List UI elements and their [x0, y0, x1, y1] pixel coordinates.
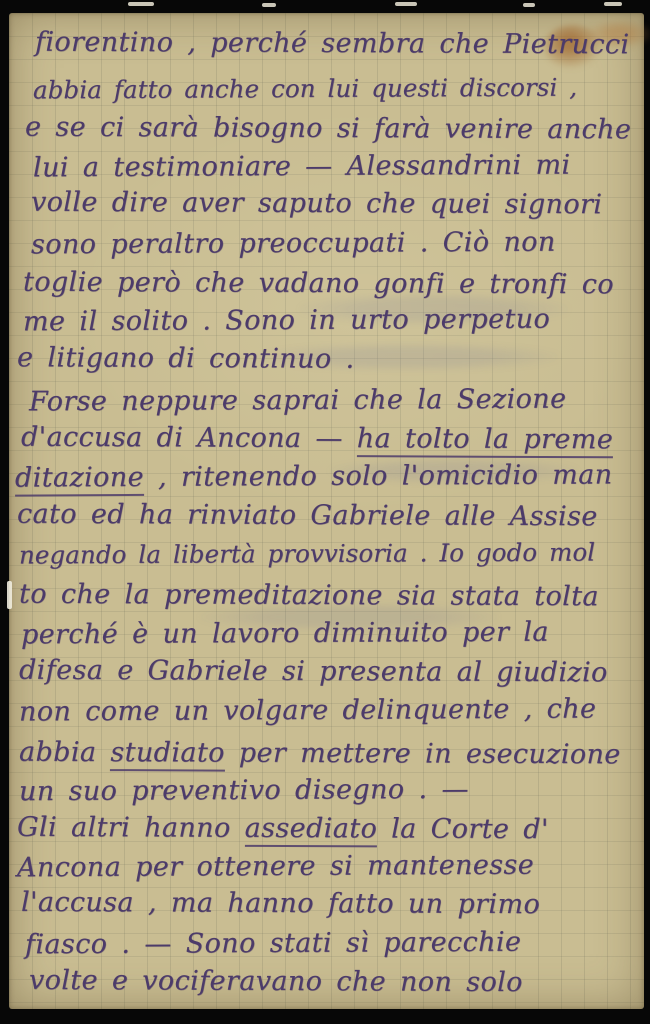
scan-artifact	[604, 2, 622, 6]
manuscript-line: difesa e Gabriele si presenta al giudizi…	[19, 654, 608, 691]
paper-edge-mark	[7, 581, 12, 609]
manuscript-line: to che la premeditazione sia stata tolta	[19, 578, 599, 615]
line-text: difesa e Gabriele si presenta al giudizi…	[19, 655, 608, 689]
manuscript-line: me il solito . Sono in urto perpetuo	[23, 303, 550, 340]
scan-artifact	[262, 3, 276, 7]
manuscript-line: fiorentino , perché sembra che Pietrucci	[35, 26, 630, 63]
line-text: sono peraltro preoccupati . Ciò non	[31, 227, 556, 261]
manuscript-line: perché è un lavoro diminuito per la	[21, 616, 549, 653]
line-text: , ritenendo solo l'omicidio man	[144, 459, 613, 492]
manuscript-line: e litigano di continuo .	[17, 341, 355, 376]
scan-artifact	[395, 2, 417, 6]
line-text: abbia	[19, 737, 111, 768]
line-text: Forse neppure saprai che la Sezione	[29, 384, 567, 418]
line-text: Gli altri hanno	[17, 812, 245, 844]
line-text: fiorentino , perché sembra che Pietrucci	[35, 27, 630, 61]
scan-artifact	[523, 3, 535, 7]
line-text: negando la libertà provvisoria . Io godo…	[19, 537, 595, 569]
manuscript-line: lui a testimoniare — Alessandrini mi	[33, 149, 571, 186]
line-text: lui a testimoniare — Alessandrini mi	[33, 150, 571, 184]
manuscript-line: sono peraltro preoccupati . Ciò non	[31, 226, 556, 263]
manuscript-line: abbia studiato per mettere in esecuzione	[19, 736, 621, 773]
manuscript-line: abbia fatto anche con lui questi discors…	[33, 71, 577, 108]
manuscript-line: cato ed ha rinviato Gabriele alle Assise	[17, 498, 598, 535]
line-text: e litigano di continuo .	[17, 342, 355, 374]
line-text: non come un volgare delinquente , che	[19, 693, 596, 727]
line-text: per mettere in esecuzione	[225, 738, 621, 771]
line-text: volle dire aver saputo che quei signori	[31, 187, 603, 220]
manuscript-line: Gli altri hanno assediato la Corte d'	[17, 811, 549, 847]
manuscript-line: d'accusa di Ancona — ha tolto la preme	[21, 421, 613, 458]
line-text: cato ed ha rinviato Gabriele alle Assise	[17, 499, 598, 533]
manuscript-line: e se ci sarà bisogno si farà venire anch…	[25, 111, 631, 148]
line-text-underlined: ha tolto la preme	[357, 423, 614, 458]
manuscript-line: toglie però che vadano gonfi e tronfi co	[23, 266, 614, 303]
line-text-underlined: studiato	[110, 737, 225, 771]
scanned-letter-page: { "surface": { "paper_color": "#c9bd92",…	[0, 0, 650, 1024]
manuscript-line: negando la libertà provvisoria . Io godo…	[19, 535, 595, 572]
line-text: volte e vociferavano che non solo	[29, 965, 523, 998]
line-text: l'accusa , ma hanno fatto un primo	[21, 887, 540, 920]
line-text: me il solito . Sono in urto perpetuo	[23, 304, 550, 338]
manuscript-line: volle dire aver saputo che quei signori	[31, 186, 603, 222]
line-text: d'accusa di Ancona —	[21, 422, 357, 454]
manuscript-line: Forse neppure saprai che la Sezione	[29, 383, 567, 420]
manuscript-line: Ancona per ottenere si mantenesse	[17, 849, 534, 886]
line-text-underlined: ditazione	[15, 462, 144, 497]
manuscript-line: l'accusa , ma hanno fatto un primo	[21, 886, 540, 922]
line-text: abbia fatto anche con lui questi discors…	[33, 73, 577, 105]
line-text: perché è un lavoro diminuito per la	[21, 617, 549, 651]
line-text-underlined: assediato	[245, 813, 378, 848]
line-text: la Corte d'	[377, 813, 549, 845]
line-text: toglie però che vadano gonfi e tronfi co	[23, 267, 614, 301]
manuscript-line: fiasco . — Sono stati sì parecchie	[25, 926, 521, 963]
line-text: Ancona per ottenere si mantenesse	[17, 850, 534, 884]
line-text: fiasco . — Sono stati sì parecchie	[25, 927, 521, 961]
manuscript-paper: fiorentino , perché sembra che Pietrucci…	[9, 13, 644, 1009]
line-text: e se ci sarà bisogno si farà venire anch…	[25, 112, 631, 146]
line-text: un suo preventivo disegno . —	[19, 774, 469, 807]
manuscript-line: volte e vociferavano che non solo	[29, 964, 523, 1000]
manuscript-line: ditazione , ritenendo solo l'omicidio ma…	[15, 458, 613, 495]
scan-artifact	[128, 2, 154, 6]
line-text: to che la premeditazione sia stata tolta	[19, 579, 599, 613]
manuscript-line: un suo preventivo disegno . —	[19, 773, 469, 809]
manuscript-line: non come un volgare delinquente , che	[19, 692, 597, 729]
